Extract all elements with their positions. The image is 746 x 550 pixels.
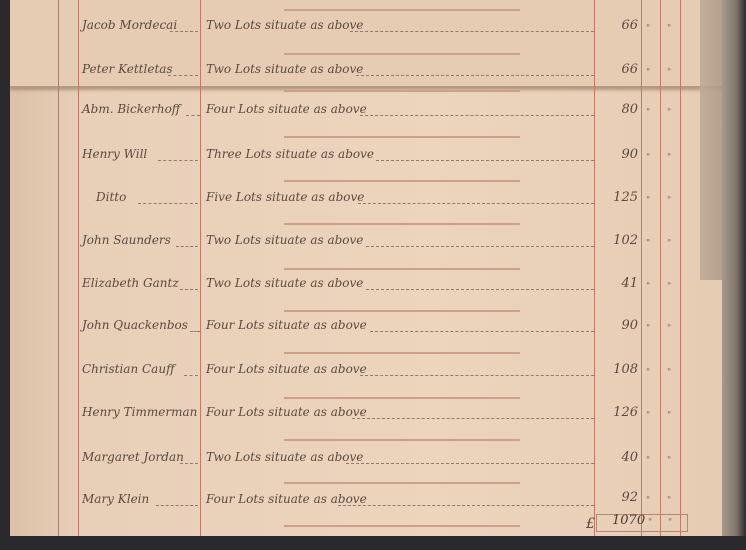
entry-amount: 126	[600, 405, 638, 420]
leader-dashes	[346, 463, 594, 464]
ditto-mark: "	[667, 324, 671, 334]
entry-description: Four Lots situate as above	[206, 405, 367, 419]
entry-name: John Quackenbos	[82, 318, 188, 332]
total-amount: 1070	[612, 513, 645, 528]
leader-dashes	[358, 203, 594, 204]
ditto-mark: "	[668, 518, 672, 528]
ditto-mark: "	[667, 239, 671, 249]
entry-description: Four Lots situate as above	[206, 362, 367, 376]
entry-amount: 102	[600, 233, 638, 248]
ditto-mark: "	[646, 153, 650, 163]
leader-dashes	[156, 505, 198, 506]
separator-rule	[284, 439, 520, 441]
separator-rule	[284, 397, 520, 399]
ledger-row: Ditto Five Lots situate as above 125 " "	[0, 190, 746, 210]
ditto-mark: "	[667, 496, 671, 506]
entry-description: Four Lots situate as above	[206, 102, 367, 116]
separator-rule	[284, 482, 520, 484]
leader-dashes	[360, 115, 594, 116]
entry-amount: 80	[600, 102, 638, 117]
entry-description: Three Lots situate as above	[206, 147, 374, 161]
leader-dashes	[180, 289, 198, 290]
leader-dashes	[366, 289, 594, 290]
ditto-mark: "	[646, 196, 650, 206]
entry-name: Christian Cauff	[82, 362, 175, 376]
ditto-mark: "	[667, 282, 671, 292]
entry-description: Five Lots situate as above	[206, 190, 364, 204]
entry-name: Jacob Mordecai	[82, 18, 177, 32]
leader-dashes	[352, 418, 594, 419]
ledger-row: Mary Klein Four Lots situate as above 92…	[0, 492, 746, 512]
entry-description: Two Lots situate as above	[206, 276, 363, 290]
leader-dashes	[180, 463, 198, 464]
leader-dashes	[338, 505, 594, 506]
pound-sign: £	[586, 516, 595, 532]
ditto-mark: "	[646, 68, 650, 78]
ditto-mark: "	[646, 411, 650, 421]
entry-name: Abm. Bickerhoff	[82, 102, 180, 116]
ledger-row: John Quackenbos Four Lots situate as abo…	[0, 318, 746, 338]
entry-amount: 108	[600, 362, 638, 377]
ditto-mark: "	[667, 368, 671, 378]
leader-dashes	[366, 246, 594, 247]
entry-description: Two Lots situate as above	[206, 18, 363, 32]
entry-name: Ditto	[96, 190, 126, 204]
ditto-mark: "	[646, 108, 650, 118]
separator-rule	[284, 90, 520, 92]
ditto-mark: "	[667, 68, 671, 78]
separator-rule	[284, 53, 520, 55]
entry-name: Mary Klein	[82, 492, 149, 506]
separator-rule	[284, 223, 520, 225]
entry-amount: 40	[600, 450, 638, 465]
ditto-mark: "	[667, 456, 671, 466]
entry-description: Two Lots situate as above	[206, 62, 363, 76]
ditto-mark: "	[667, 196, 671, 206]
entry-description: Four Lots situate as above	[206, 492, 367, 506]
entry-amount: 90	[600, 318, 638, 333]
leader-dashes	[176, 246, 198, 247]
ditto-mark: "	[667, 24, 671, 34]
leader-dashes	[170, 31, 198, 32]
ditto-mark: "	[646, 368, 650, 378]
ledger-row: Peter Kettletas Two Lots situate as abov…	[0, 62, 746, 82]
ditto-mark: "	[646, 282, 650, 292]
scan-background	[0, 536, 746, 550]
leader-dashes	[190, 331, 200, 332]
leader-dashes	[158, 160, 198, 161]
separator-rule	[284, 310, 520, 312]
ditto-mark: "	[646, 24, 650, 34]
leader-dashes	[370, 331, 594, 332]
leader-dashes	[376, 160, 594, 161]
ledger-row: Henry Will Three Lots situate as above 9…	[0, 147, 746, 167]
ledger-row: Christian Cauff Four Lots situate as abo…	[0, 362, 746, 382]
entry-amount: 41	[600, 276, 638, 291]
separator-rule	[284, 525, 520, 527]
entry-name: Margaret Jordan	[82, 450, 184, 464]
entry-amount: 125	[600, 190, 638, 205]
ledger-row: Henry Timmerman Four Lots situate as abo…	[0, 405, 746, 425]
ditto-mark: "	[667, 411, 671, 421]
entry-description: Four Lots situate as above	[206, 318, 367, 332]
leader-dashes	[356, 75, 594, 76]
ledger-row: Abm. Bickerhoff Four Lots situate as abo…	[0, 102, 746, 122]
entry-amount: 66	[600, 62, 638, 77]
leader-dashes	[360, 375, 594, 376]
ledger-row: Elizabeth Gantz Two Lots situate as abov…	[0, 276, 746, 296]
ledger-row: Margaret Jordan Two Lots situate as abov…	[0, 450, 746, 470]
entry-name: Peter Kettletas	[82, 62, 173, 76]
ditto-mark: "	[646, 324, 650, 334]
leader-dashes	[184, 375, 198, 376]
separator-rule	[284, 9, 520, 11]
ledger-row: John Saunders Two Lots situate as above …	[0, 233, 746, 253]
ditto-mark: "	[646, 456, 650, 466]
entry-name: John Saunders	[82, 233, 171, 247]
entry-amount: 92	[600, 490, 638, 505]
separator-rule	[284, 136, 520, 138]
leader-dashes	[168, 75, 198, 76]
separator-rule	[284, 268, 520, 270]
separator-rule	[284, 180, 520, 182]
entry-name: Henry Timmerman	[82, 405, 197, 419]
entry-name: Henry Will	[82, 147, 147, 161]
ditto-mark: "	[667, 108, 671, 118]
entry-description: Two Lots situate as above	[206, 233, 363, 247]
entry-name: Elizabeth Gantz	[82, 276, 179, 290]
separator-rule	[284, 352, 520, 354]
leader-dashes	[138, 203, 198, 204]
ditto-mark: "	[646, 496, 650, 506]
entry-amount: 90	[600, 147, 638, 162]
leader-dashes	[350, 31, 594, 32]
ledger-row: Jacob Mordecai Two Lots situate as above…	[0, 18, 746, 38]
ditto-mark: "	[648, 518, 652, 528]
ditto-mark: "	[646, 239, 650, 249]
entry-amount: 66	[600, 18, 638, 33]
ditto-mark: "	[667, 153, 671, 163]
leader-dashes	[186, 115, 200, 116]
entry-description: Two Lots situate as above	[206, 450, 363, 464]
